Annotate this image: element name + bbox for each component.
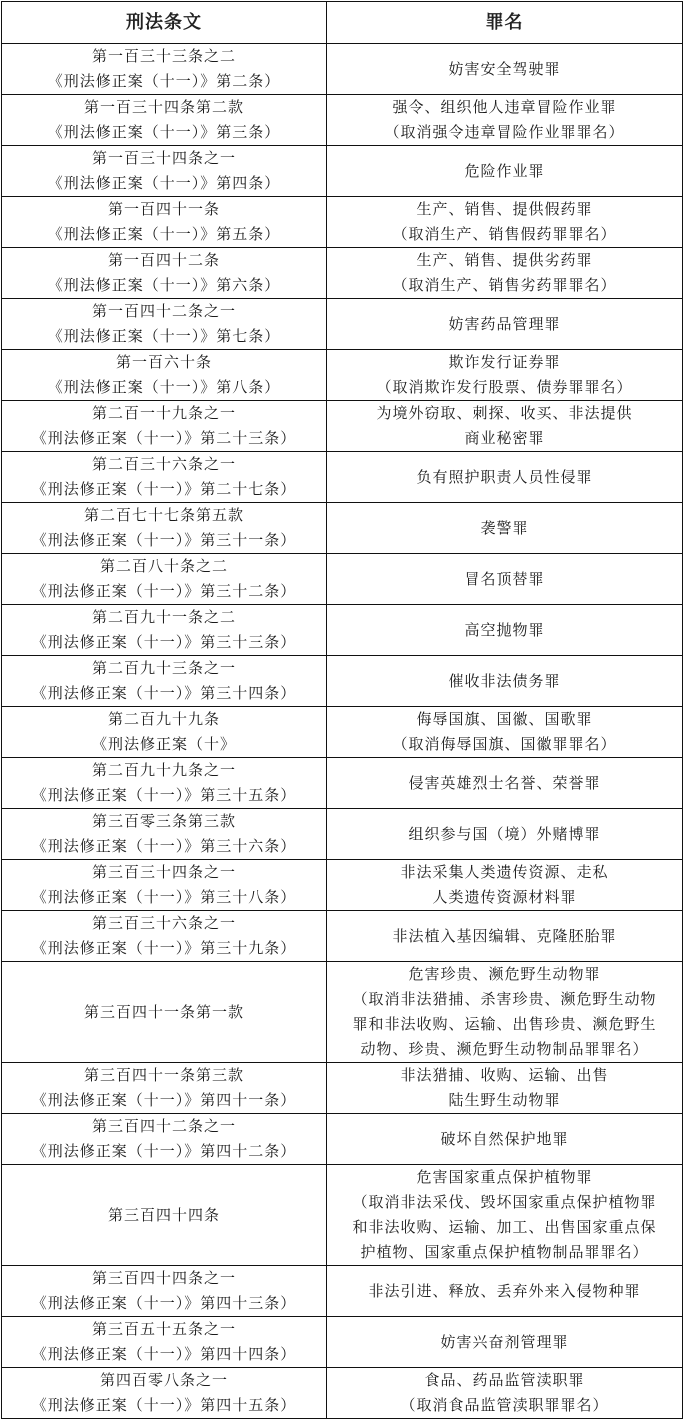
table-row: 第三百四十二条之一《刑法修正案（十一）》第四十二条）破坏自然保护地罪 xyxy=(2,1114,683,1165)
charge-cell: 组织参与国（境）外赌博罪 xyxy=(327,809,683,860)
charge-text: 妨害兴奋剂管理罪 xyxy=(331,1330,678,1355)
article-cell: 第二百八十条之二《刑法修正案（十一）》第三十二条） xyxy=(2,554,327,605)
charge-text: 侵害英雄烈士名誉、荣誉罪 xyxy=(331,771,678,796)
charge-cell: 破坏自然保护地罪 xyxy=(327,1114,683,1165)
article-number: 第三百零三条第三款 xyxy=(6,809,322,834)
table-row: 第三百四十一条第一款危害珍贵、濒危野生动物罪（取消非法猎捕、杀害珍贵、濒危野生动… xyxy=(2,962,683,1063)
charge-text: （取消强令违章冒险作业罪罪名） xyxy=(331,120,678,145)
amendment-reference: 《刑法修正案（十一）》第四十五条） xyxy=(6,1393,322,1414)
charge-cell: 高空抛物罪 xyxy=(327,605,683,656)
charge-text: 组织参与国（境）外赌博罪 xyxy=(331,822,678,847)
article-cell: 第一百三十四条第二款《刑法修正案（十一）》第三条） xyxy=(2,95,327,146)
charge-text: 商业秘密罪 xyxy=(331,426,678,451)
article-cell: 第三百四十四条 xyxy=(2,1165,327,1266)
article-cell: 第一百六十条《刑法修正案（十一）》第八条） xyxy=(2,350,327,401)
article-number: 第一百三十四条第二款 xyxy=(6,95,322,120)
article-cell: 第二百九十九条《刑法修正案（十》 xyxy=(2,707,327,758)
table-row: 第二百九十九条《刑法修正案（十》侮辱国旗、国徽、国歌罪（取消侮辱国旗、国徽罪罪名… xyxy=(2,707,683,758)
amendment-reference: 《刑法修正案（十一）》第四十四条） xyxy=(6,1342,322,1367)
charge-text: 高空抛物罪 xyxy=(331,618,678,643)
charge-text: 危险作业罪 xyxy=(331,159,678,184)
header-charge: 罪名 xyxy=(327,2,683,44)
amendment-reference: 《刑法修正案（十一）》第四十三条） xyxy=(6,1291,322,1316)
table-row: 第二百八十条之二《刑法修正案（十一）》第三十二条）冒名顶替罪 xyxy=(2,554,683,605)
table-row: 第二百九十三条之一《刑法修正案（十一）》第三十四条）催收非法债务罪 xyxy=(2,656,683,707)
amendment-reference: 《刑法修正案（十一）》第三十一条） xyxy=(6,528,322,553)
amendment-reference: 《刑法修正案（十一）》第六条） xyxy=(6,273,322,298)
article-number: 第三百四十四条 xyxy=(6,1203,322,1228)
article-number: 第三百四十一条第三款 xyxy=(6,1063,322,1088)
article-cell: 第三百四十二条之一《刑法修正案（十一）》第四十二条） xyxy=(2,1114,327,1165)
article-cell: 第二百九十三条之一《刑法修正案（十一）》第三十四条） xyxy=(2,656,327,707)
charge-cell: 非法采集人类遗传资源、走私人类遗传资源材料罪 xyxy=(327,860,683,911)
amendment-reference: 《刑法修正案（十一）》第三十三条） xyxy=(6,630,322,655)
charge-text: 非法采集人类遗传资源、走私 xyxy=(331,860,678,885)
table-row: 第三百四十一条第三款《刑法修正案（十一）》第四十一条）非法猎捕、收购、运输、出售… xyxy=(2,1063,683,1114)
charge-text: 非法引进、释放、丢弃外来入侵物种罪 xyxy=(331,1279,678,1304)
charge-text: 陆生野生动物罪 xyxy=(331,1088,678,1113)
article-cell: 第一百三十四条之一《刑法修正案（十一）》第四条） xyxy=(2,146,327,197)
table-row: 第二百九十一条之二《刑法修正案（十一）》第三十三条）高空抛物罪 xyxy=(2,605,683,656)
amendment-reference: 《刑法修正案（十》 xyxy=(6,732,322,757)
article-number: 第三百三十四条之一 xyxy=(6,860,322,885)
amendment-reference: 《刑法修正案（十一）》第八条） xyxy=(6,375,322,400)
table-row: 第一百三十四条第二款《刑法修正案（十一）》第三条）强令、组织他人违章冒险作业罪（… xyxy=(2,95,683,146)
charge-text: 人类遗传资源材料罪 xyxy=(331,885,678,910)
article-number: 第三百三十六条之一 xyxy=(6,911,322,936)
article-number: 第一百三十三条之二 xyxy=(6,44,322,69)
article-cell: 第三百三十四条之一《刑法修正案（十一）》第三十八条） xyxy=(2,860,327,911)
charge-cell: 非法植入基因编辑、克隆胚胎罪 xyxy=(327,911,683,962)
article-number: 第二百九十九条 xyxy=(6,707,322,732)
amendment-reference: 《刑法修正案（十一）》第三十四条） xyxy=(6,681,322,706)
article-cell: 第二百三十六条之一《刑法修正案（十一）》第二十七条） xyxy=(2,452,327,503)
header-article: 刑法条文 xyxy=(2,2,327,44)
crimes-table: 刑法条文 罪名 第一百三十三条之二《刑法修正案（十一）》第二条）妨害安全驾驶罪第… xyxy=(1,1,683,1414)
amendment-reference: 《刑法修正案（十一）》第二条） xyxy=(6,69,322,94)
charge-text: 破坏自然保护地罪 xyxy=(331,1127,678,1152)
table-row: 第四百零八条之一《刑法修正案（十一）》第四十五条）食品、药品监管渎职罪（取消食品… xyxy=(2,1368,683,1415)
amendment-reference: 《刑法修正案（十一）》第三十六条） xyxy=(6,834,322,859)
charge-cell: 为境外窃取、刺探、收买、非法提供商业秘密罪 xyxy=(327,401,683,452)
table-body: 第一百三十三条之二《刑法修正案（十一）》第二条）妨害安全驾驶罪第一百三十四条第二… xyxy=(2,44,683,1415)
charge-cell: 侮辱国旗、国徽、国歌罪（取消侮辱国旗、国徽罪罪名） xyxy=(327,707,683,758)
article-cell: 第三百五十五条之一《刑法修正案（十一）》第四十四条） xyxy=(2,1317,327,1368)
charge-text: 为境外窃取、刺探、收买、非法提供 xyxy=(331,401,678,426)
article-number: 第二百八十条之二 xyxy=(6,554,322,579)
article-cell: 第一百四十二条《刑法修正案（十一）》第六条） xyxy=(2,248,327,299)
article-number: 第二百一十九条之一 xyxy=(6,401,322,426)
charge-text: （取消非法猎捕、杀害珍贵、濒危野生动物 xyxy=(331,987,678,1012)
article-number: 第二百九十三条之一 xyxy=(6,656,322,681)
amendment-reference: 《刑法修正案（十一）》第三十二条） xyxy=(6,579,322,604)
charge-text: 欺诈发行证券罪 xyxy=(331,350,678,375)
amendment-reference: 《刑法修正案（十一）》第三十九条） xyxy=(6,936,322,961)
charge-text: 危害国家重点保护植物罪 xyxy=(331,1165,678,1190)
charge-text: （取消生产、销售劣药罪罪名） xyxy=(331,273,678,298)
charge-text: 强令、组织他人违章冒险作业罪 xyxy=(331,95,678,120)
article-number: 第三百四十一条第一款 xyxy=(6,1000,322,1025)
article-cell: 第二百七十七条第五款《刑法修正案（十一）》第三十一条） xyxy=(2,503,327,554)
article-number: 第三百四十四条之一 xyxy=(6,1266,322,1291)
charge-text: 罪和非法收购、运输、出售珍贵、濒危野生 xyxy=(331,1012,678,1037)
article-cell: 第三百四十四条之一《刑法修正案（十一）》第四十三条） xyxy=(2,1266,327,1317)
charge-cell: 非法猎捕、收购、运输、出售陆生野生动物罪 xyxy=(327,1063,683,1114)
table-row: 第一百四十二条《刑法修正案（十一）》第六条）生产、销售、提供劣药罪（取消生产、销… xyxy=(2,248,683,299)
charge-text: 动物、珍贵、濒危野生动物制品罪罪名） xyxy=(331,1037,678,1062)
charge-text: 危害珍贵、濒危野生动物罪 xyxy=(331,962,678,987)
amendment-reference: 《刑法修正案（十一）》第二十三条） xyxy=(6,426,322,451)
amendment-reference: 《刑法修正案（十一）》第三十八条） xyxy=(6,885,322,910)
charge-cell: 危险作业罪 xyxy=(327,146,683,197)
article-cell: 第一百四十二条之一《刑法修正案（十一）》第七条） xyxy=(2,299,327,350)
article-number: 第一百六十条 xyxy=(6,350,322,375)
amendment-reference: 《刑法修正案（十一）》第五条） xyxy=(6,222,322,247)
article-cell: 第三百三十六条之一《刑法修正案（十一）》第三十九条） xyxy=(2,911,327,962)
charge-cell: 冒名顶替罪 xyxy=(327,554,683,605)
table-row: 第二百一十九条之一《刑法修正案（十一）》第二十三条）为境外窃取、刺探、收买、非法… xyxy=(2,401,683,452)
charge-cell: 欺诈发行证券罪（取消欺诈发行股票、债券罪罪名） xyxy=(327,350,683,401)
table-row: 第三百零三条第三款《刑法修正案（十一）》第三十六条）组织参与国（境）外赌博罪 xyxy=(2,809,683,860)
article-number: 第二百九十九条之一 xyxy=(6,758,322,783)
charge-cell: 妨害兴奋剂管理罪 xyxy=(327,1317,683,1368)
charge-cell: 妨害药品管理罪 xyxy=(327,299,683,350)
charge-text: （取消生产、销售假药罪罪名） xyxy=(331,222,678,247)
charge-text: 生产、销售、提供假药罪 xyxy=(331,197,678,222)
charge-text: 袭警罪 xyxy=(331,516,678,541)
article-cell: 第一百四十一条《刑法修正案（十一）》第五条） xyxy=(2,197,327,248)
charge-cell: 食品、药品监管渎职罪（取消食品监管渎职罪罪名） xyxy=(327,1368,683,1415)
charge-cell: 负有照护职责人员性侵罪 xyxy=(327,452,683,503)
charge-text: 和非法收购、运输、加工、出售国家重点保 xyxy=(331,1215,678,1240)
charge-text: 侮辱国旗、国徽、国歌罪 xyxy=(331,707,678,732)
charge-text: 非法植入基因编辑、克隆胚胎罪 xyxy=(331,924,678,949)
article-cell: 第四百零八条之一《刑法修正案（十一）》第四十五条） xyxy=(2,1368,327,1415)
article-number: 第一百四十一条 xyxy=(6,197,322,222)
charge-text: 生产、销售、提供劣药罪 xyxy=(331,248,678,273)
table-row: 第二百九十九条之一《刑法修正案（十一）》第三十五条）侵害英雄烈士名誉、荣誉罪 xyxy=(2,758,683,809)
table-row: 第一百四十一条《刑法修正案（十一）》第五条）生产、销售、提供假药罪（取消生产、销… xyxy=(2,197,683,248)
amendment-reference: 《刑法修正案（十一）》第三十五条） xyxy=(6,783,322,808)
charge-text: 食品、药品监管渎职罪 xyxy=(331,1368,678,1393)
table-row: 第二百三十六条之一《刑法修正案（十一）》第二十七条）负有照护职责人员性侵罪 xyxy=(2,452,683,503)
table-row: 第一百六十条《刑法修正案（十一）》第八条）欺诈发行证券罪（取消欺诈发行股票、债券… xyxy=(2,350,683,401)
article-cell: 第二百九十九条之一《刑法修正案（十一）》第三十五条） xyxy=(2,758,327,809)
charge-text: 护植物、国家重点保护植物制品罪罪名） xyxy=(331,1240,678,1265)
amendment-reference: 《刑法修正案（十一）》第二十七条） xyxy=(6,477,322,502)
charge-cell: 妨害安全驾驶罪 xyxy=(327,44,683,95)
amendment-reference: 《刑法修正案（十一）》第七条） xyxy=(6,324,322,349)
article-cell: 第三百四十一条第一款 xyxy=(2,962,327,1063)
charge-text: 负有照护职责人员性侵罪 xyxy=(331,465,678,490)
amendment-reference: 《刑法修正案（十一）》第四十二条） xyxy=(6,1139,322,1164)
article-number: 第一百三十四条之一 xyxy=(6,146,322,171)
table-row: 第三百四十四条危害国家重点保护植物罪（取消非法采伐、毁坏国家重点保护植物罪和非法… xyxy=(2,1165,683,1266)
article-number: 第二百三十六条之一 xyxy=(6,452,322,477)
charge-text: （取消欺诈发行股票、债券罪罪名） xyxy=(331,375,678,400)
charge-cell: 催收非法债务罪 xyxy=(327,656,683,707)
charge-cell: 袭警罪 xyxy=(327,503,683,554)
charge-cell: 危害国家重点保护植物罪（取消非法采伐、毁坏国家重点保护植物罪和非法收购、运输、加… xyxy=(327,1165,683,1266)
charge-cell: 侵害英雄烈士名誉、荣誉罪 xyxy=(327,758,683,809)
article-cell: 第二百一十九条之一《刑法修正案（十一）》第二十三条） xyxy=(2,401,327,452)
table-row: 第三百三十四条之一《刑法修正案（十一）》第三十八条）非法采集人类遗传资源、走私人… xyxy=(2,860,683,911)
charge-text: （取消食品监管渎职罪罪名） xyxy=(331,1393,678,1414)
article-cell: 第三百四十一条第三款《刑法修正案（十一）》第四十一条） xyxy=(2,1063,327,1114)
article-cell: 第三百零三条第三款《刑法修正案（十一）》第三十六条） xyxy=(2,809,327,860)
table-row: 第一百三十三条之二《刑法修正案（十一）》第二条）妨害安全驾驶罪 xyxy=(2,44,683,95)
table-row: 第三百五十五条之一《刑法修正案（十一）》第四十四条）妨害兴奋剂管理罪 xyxy=(2,1317,683,1368)
article-number: 第二百七十七条第五款 xyxy=(6,503,322,528)
article-number: 第二百九十一条之二 xyxy=(6,605,322,630)
charge-cell: 强令、组织他人违章冒险作业罪（取消强令违章冒险作业罪罪名） xyxy=(327,95,683,146)
article-cell: 第一百三十三条之二《刑法修正案（十一）》第二条） xyxy=(2,44,327,95)
charge-cell: 生产、销售、提供劣药罪（取消生产、销售劣药罪罪名） xyxy=(327,248,683,299)
table-row: 第二百七十七条第五款《刑法修正案（十一）》第三十一条）袭警罪 xyxy=(2,503,683,554)
article-number: 第三百五十五条之一 xyxy=(6,1317,322,1342)
amendment-reference: 《刑法修正案（十一）》第四条） xyxy=(6,171,322,196)
table-row: 第三百三十六条之一《刑法修正案（十一）》第三十九条）非法植入基因编辑、克隆胚胎罪 xyxy=(2,911,683,962)
charge-cell: 非法引进、释放、丢弃外来入侵物种罪 xyxy=(327,1266,683,1317)
charge-text: （取消侮辱国旗、国徽罪罪名） xyxy=(331,732,678,757)
header-row: 刑法条文 罪名 xyxy=(2,2,683,44)
charge-text: 妨害药品管理罪 xyxy=(331,312,678,337)
charge-cell: 生产、销售、提供假药罪（取消生产、销售假药罪罪名） xyxy=(327,197,683,248)
article-number: 第三百四十二条之一 xyxy=(6,1114,322,1139)
charge-cell: 危害珍贵、濒危野生动物罪（取消非法猎捕、杀害珍贵、濒危野生动物罪和非法收购、运输… xyxy=(327,962,683,1063)
table-row: 第三百四十四条之一《刑法修正案（十一）》第四十三条）非法引进、释放、丢弃外来入侵… xyxy=(2,1266,683,1317)
table-row: 第一百四十二条之一《刑法修正案（十一）》第七条）妨害药品管理罪 xyxy=(2,299,683,350)
article-number: 第一百四十二条 xyxy=(6,248,322,273)
charge-text: （取消非法采伐、毁坏国家重点保护植物罪 xyxy=(331,1190,678,1215)
amendment-reference: 《刑法修正案（十一）》第三条） xyxy=(6,120,322,145)
table-row: 第一百三十四条之一《刑法修正案（十一）》第四条）危险作业罪 xyxy=(2,146,683,197)
article-number: 第四百零八条之一 xyxy=(6,1368,322,1393)
amendment-reference: 《刑法修正案（十一）》第四十一条） xyxy=(6,1088,322,1113)
article-number: 第一百四十二条之一 xyxy=(6,299,322,324)
charge-text: 催收非法债务罪 xyxy=(331,669,678,694)
charge-text: 冒名顶替罪 xyxy=(331,567,678,592)
charge-text: 非法猎捕、收购、运输、出售 xyxy=(331,1063,678,1088)
charge-text: 妨害安全驾驶罪 xyxy=(331,57,678,82)
article-cell: 第二百九十一条之二《刑法修正案（十一）》第三十三条） xyxy=(2,605,327,656)
